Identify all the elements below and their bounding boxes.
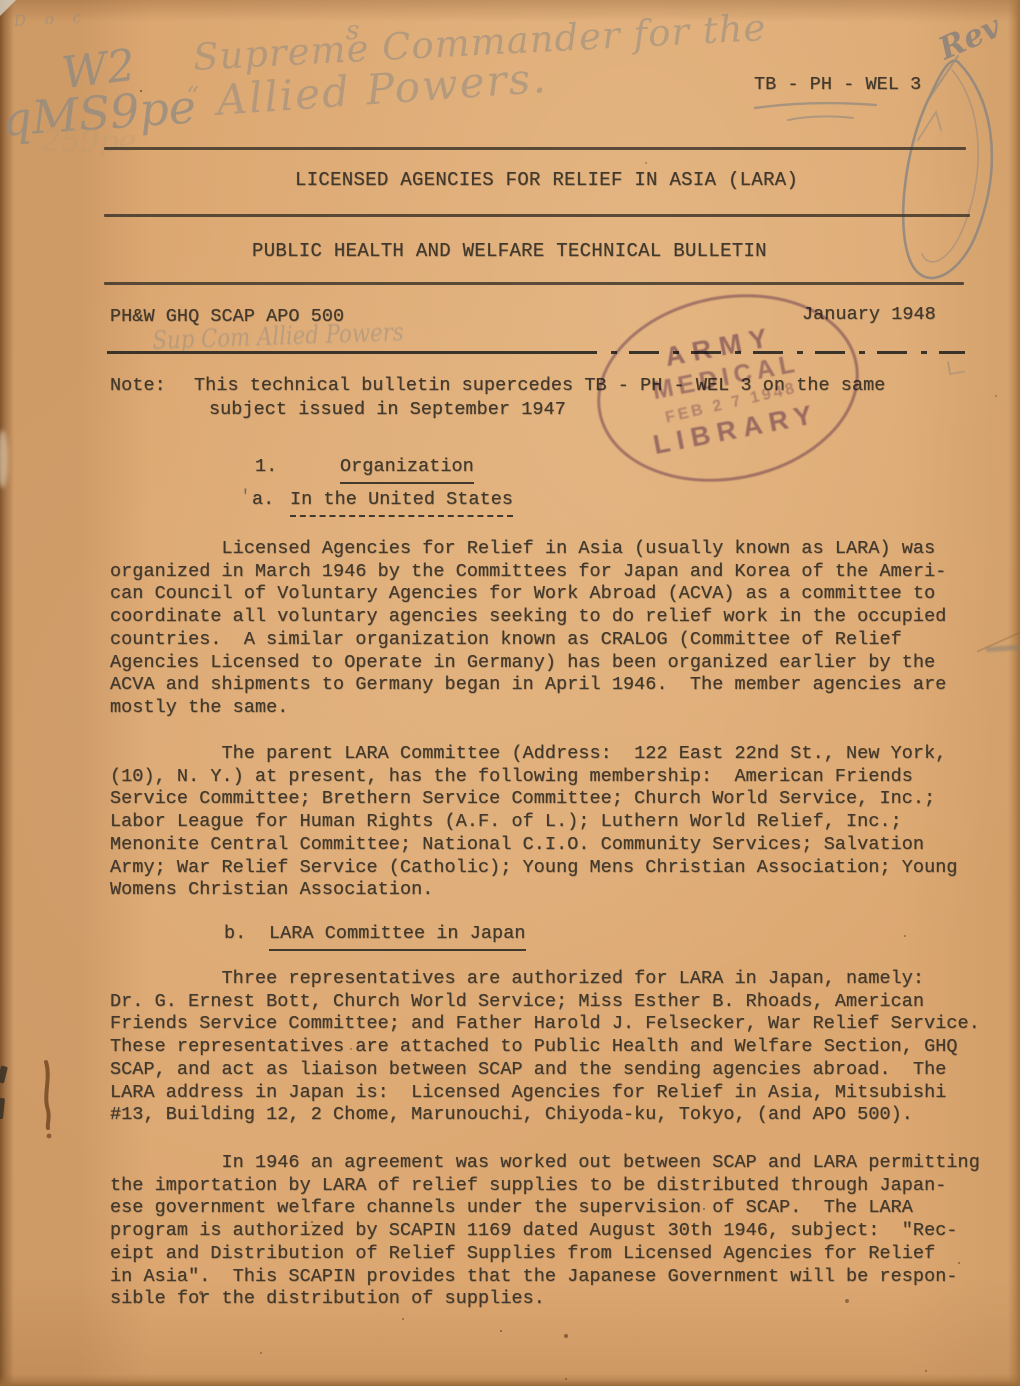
paper-right-edge-shadow <box>1008 0 1020 1386</box>
pencil-mark <box>947 359 965 376</box>
issuing-office: PH&W GHQ SCAP APO 500 <box>110 306 344 329</box>
section-1b-heading: LARA Committee in Japan <box>269 923 526 951</box>
horizontal-rule-3 <box>104 282 964 285</box>
scanned-document-page: D o c W2 qMS9pe 259pe s Supreme Commande… <box>0 0 1020 1386</box>
paragraph-4: In 1946 an agreement was worked out betw… <box>110 1152 980 1311</box>
paper-left-edge-shadow <box>0 0 14 1386</box>
horizontal-rule-2 <box>104 214 970 217</box>
paragraph-3: Three representatives are authorized for… <box>110 968 980 1127</box>
note-line-2: subject issued in September 1947 <box>209 399 566 422</box>
paragraph-2: The parent LARA Committee (Address: 122 … <box>110 743 958 902</box>
section-1-heading: Organization <box>340 456 474 484</box>
note-label: Note: <box>110 375 166 398</box>
document-reference: TB - PH - WEL 3 <box>754 74 921 97</box>
handwritten-doc-mark: D o c <box>14 8 89 30</box>
horizontal-rule-1 <box>104 147 966 150</box>
paper-bottom-edge-shadow <box>0 1374 1020 1386</box>
section-1a-label: a. <box>252 489 274 512</box>
section-1a-heading: In the United States <box>290 489 513 517</box>
paragraph-1: Licensed Agencies for Relief in Asia (us… <box>110 538 946 720</box>
handwritten-shelf-mark-line3: 259pe <box>42 124 136 159</box>
section-1-number: 1. <box>255 456 277 479</box>
handwritten-quote-mark: “ <box>186 82 199 112</box>
document-title: LICENSED AGENCIES FOR RELIEF IN ASIA (LA… <box>295 169 798 191</box>
handwritten-rev-mark: Rev <box>933 9 1006 68</box>
section-1b-label: b. <box>224 923 246 946</box>
pencil-tick: ' <box>240 487 251 510</box>
document-subtitle: PUBLIC HEALTH AND WELFARE TECHNICAL BULL… <box>252 240 767 262</box>
